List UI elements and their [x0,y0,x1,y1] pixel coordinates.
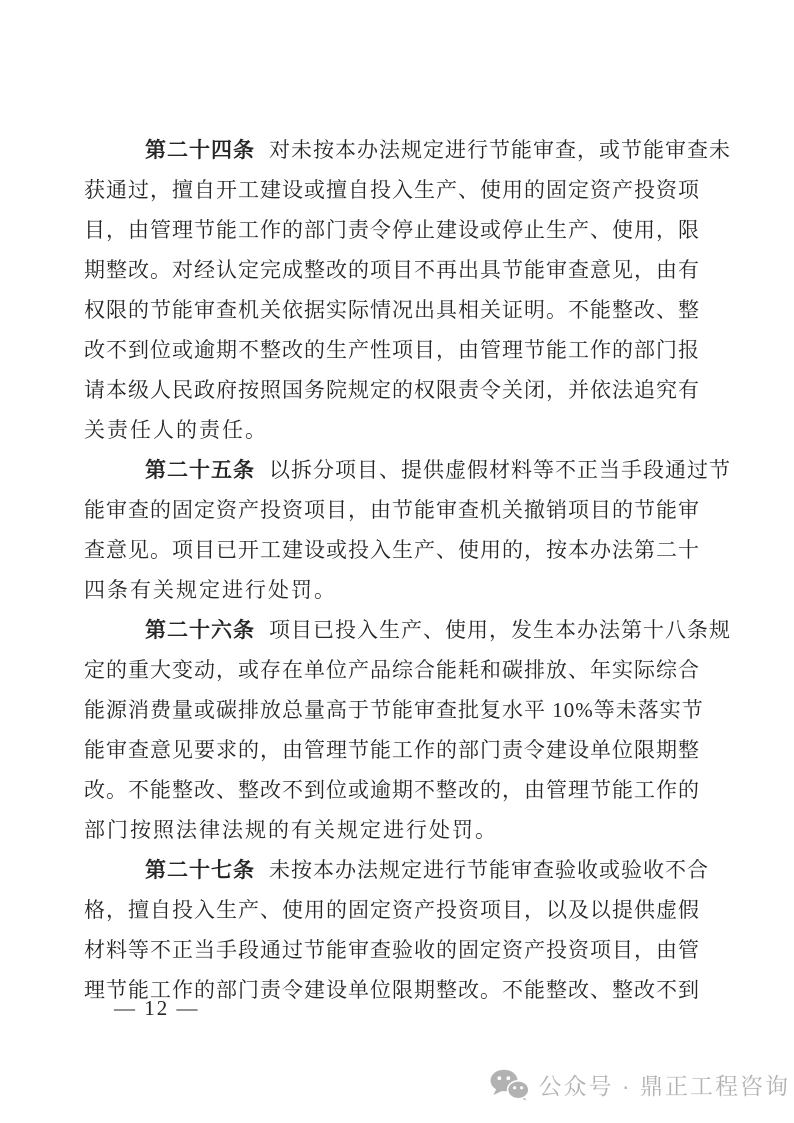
article-24-line-4: 期整改。对经认定完成整改的项目不再出具节能审查意见，由有 [84,250,680,290]
article-26-line-1: 第二十六条项目已投入生产、使用，发生本办法第十八条规 [84,610,680,650]
article-24: 第二十四条对未按本办法规定进行节能审查，或节能审查未 获通过，擅自开工建设或擅自… [84,130,680,450]
article-26-line-4: 能审查意见要求的，由管理节能工作的部门责令建设单位限期整 [84,730,680,770]
article-24-line-3: 目，由管理节能工作的部门责令停止建设或停止生产、使用，限 [84,210,680,250]
article-24-number: 第二十四条 [145,139,255,162]
article-26-line-5: 改。不能整改、整改不到位或逾期不整改的，由管理节能工作的 [84,770,680,810]
article-27: 第二十七条未按本办法规定进行节能审查验收或验收不合 格，擅自投入生产、使用的固定… [84,850,680,1010]
wechat-icon [490,1069,530,1101]
article-24-line-5: 权限的节能审查机关依据实际情况出具相关证明。不能整改、整 [84,290,680,330]
article-25-line-2: 能审查的固定资产投资项目，由节能审查机关撤销项目的节能审 [84,490,680,530]
article-24-line-6: 改不到位或逾期不整改的生产性项目，由管理节能工作的部门报 [84,330,680,370]
article-27-line-1-text: 未按本办法规定进行节能审查验收或验收不合 [269,858,709,882]
watermark-text: 公众号 · 鼎正工程咨询 [539,1068,790,1101]
article-27-line-1: 第二十七条未按本办法规定进行节能审查验收或验收不合 [84,850,680,890]
article-25-number: 第二十五条 [145,459,255,482]
article-25-line-1-text: 以拆分项目、提供虚假材料等不正当手段通过节 [269,458,731,482]
article-25-line-4: 四条有关规定进行处罚。 [84,570,680,610]
article-26-number: 第二十六条 [145,619,255,642]
article-24-line-8: 关责任人的责任。 [84,410,680,450]
article-26-line-6: 部门按照法律法规的有关规定进行处罚。 [84,810,680,850]
article-24-line-2: 获通过，擅自开工建设或擅自投入生产、使用的固定资产投资项 [84,170,680,210]
wechat-watermark: 公众号 · 鼎正工程咨询 [490,1068,790,1101]
article-26: 第二十六条项目已投入生产、使用，发生本办法第十八条规 定的重大变动，或存在单位产… [84,610,680,850]
article-26-line-1-text: 项目已投入生产、使用，发生本办法第十八条规 [269,618,731,642]
document-body: 第二十四条对未按本办法规定进行节能审查，或节能审查未 获通过，擅自开工建设或擅自… [84,130,680,1010]
article-24-line-7: 请本级人民政府按照国务院规定的权限责令关闭，并依法追究有 [84,370,680,410]
article-27-line-2: 格，擅自投入生产、使用的固定资产投资项目，以及以提供虚假 [84,890,680,930]
article-25-line-3: 查意见。项目已开工建设或投入生产、使用的，按本办法第二十 [84,530,680,570]
article-27-number: 第二十七条 [145,859,255,882]
page-number: — 12 — [114,996,200,1021]
article-26-line-2: 定的重大变动，或存在单位产品综合能耗和碳排放、年实际综合 [84,650,680,690]
article-27-line-3: 材料等不正当手段通过节能审查验收的固定资产投资项目，由管 [84,930,680,970]
document-page: 第二十四条对未按本办法规定进行节能审查，或节能审查未 获通过，擅自开工建设或擅自… [0,0,794,1123]
article-24-line-1: 第二十四条对未按本办法规定进行节能审查，或节能审查未 [84,130,680,170]
article-26-line-3: 能源消费量或碳排放总量高于节能审查批复水平 10%等未落实节 [84,690,680,730]
article-24-line-1-text: 对未按本办法规定进行节能审查，或节能审查未 [269,138,731,162]
article-25-line-1: 第二十五条以拆分项目、提供虚假材料等不正当手段通过节 [84,450,680,490]
article-25: 第二十五条以拆分项目、提供虚假材料等不正当手段通过节 能审查的固定资产投资项目，… [84,450,680,610]
